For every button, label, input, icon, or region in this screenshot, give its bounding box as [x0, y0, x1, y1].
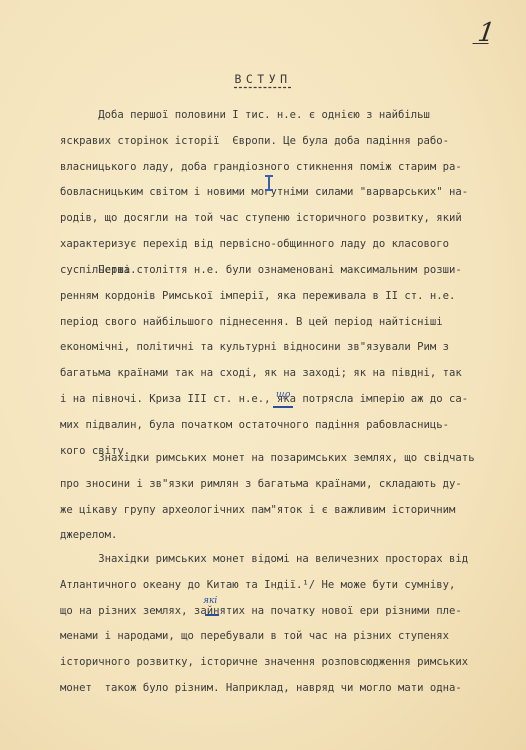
text-line: же цікаву групу археологічних пам"яток і…: [60, 498, 520, 524]
text-cursor-mark-icon: [268, 175, 270, 191]
typewritten-page: 1 ВСТУП Доба першої половини І тис. н.е.…: [0, 0, 526, 750]
text-line: період свого найбільшого піднесення. В ц…: [60, 310, 520, 336]
text-line: характеризує перехід від первісно-общинн…: [60, 232, 520, 258]
text-line: історичного розвитку, історичне значення…: [60, 650, 520, 676]
text-line: Знахідки римських монет відомі на величе…: [60, 547, 520, 573]
text-line: джерелом.: [60, 523, 520, 549]
handwritten-insertion: які: [203, 596, 217, 606]
strikethrough-mark: [273, 406, 293, 408]
text-line: родів, що досягли на той час ступеню іст…: [60, 206, 520, 232]
strikethrough-mark: [205, 614, 219, 616]
text-line: власницького ладу, доба грандіозного сти…: [60, 155, 520, 181]
text-line: про зносини і зв"язки римлян з багатьма …: [60, 472, 520, 498]
paragraph-coin-distribution: Знахідки римських монет відомі на величе…: [60, 547, 520, 702]
text-line: Знахідки римських монет на позаримських …: [60, 446, 520, 472]
text-line: багатьма країнами так на сході, як на за…: [60, 361, 520, 387]
text-line: монет також було різним. Наприклад, навр…: [60, 676, 520, 702]
text-line: Перші століття н.е. були ознаменовані ма…: [60, 258, 520, 284]
paragraph-intro: Доба першої половини І тис. н.е. є одніє…: [60, 103, 520, 284]
text-line: що на різних землях, зайнятих на початку…: [60, 599, 520, 625]
paragraph-roman-empire: Перші століття н.е. були ознаменовані ма…: [60, 258, 520, 464]
paragraph-coin-finds: Знахідки римських монет на позаримських …: [60, 446, 520, 549]
handwritten-insertion: що: [276, 390, 290, 400]
text-line: яскравих сторінок історії Європи. Це бул…: [60, 129, 520, 155]
text-line: економічні, політичні та культурні відно…: [60, 335, 520, 361]
page-number: 1: [476, 18, 497, 48]
page-title: ВСТУП: [0, 72, 526, 86]
text-line: Доба першої половини І тис. н.е. є одніє…: [60, 103, 520, 129]
text-line: Атлантичного океану до Китаю та Індії.¹/…: [60, 573, 520, 599]
text-line: мих підвалин, була початком остаточного …: [60, 413, 520, 439]
text-line: ренням кордонів Римської імперії, яка пе…: [60, 284, 520, 310]
text-line: менами і народами, що перебували в той ч…: [60, 624, 520, 650]
text-line: бовласницьким світом і новими могутніми …: [60, 180, 520, 206]
